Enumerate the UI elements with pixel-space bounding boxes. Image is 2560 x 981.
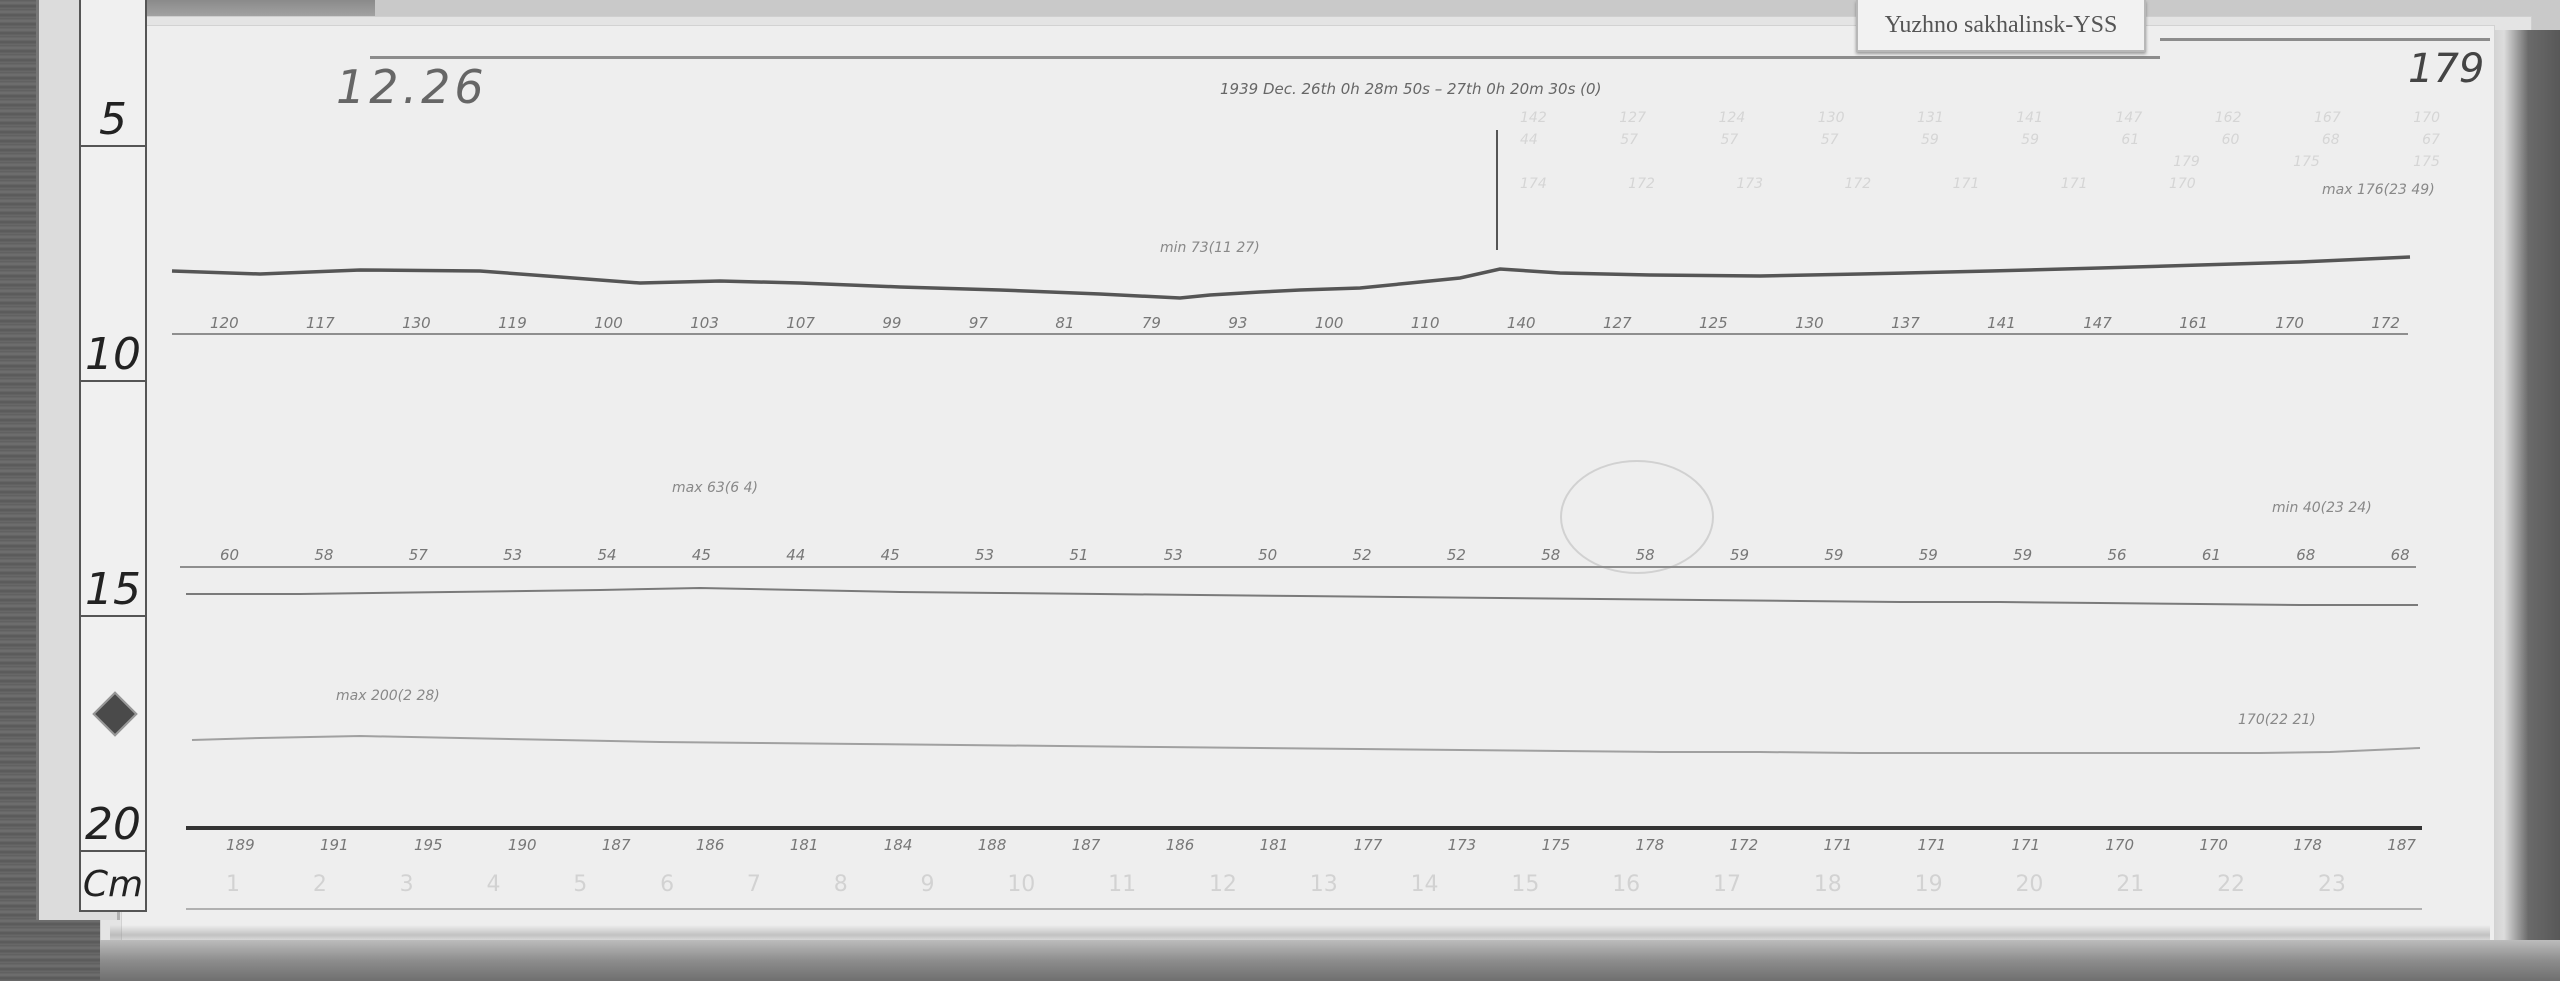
bottom-frame	[100, 940, 2560, 981]
trace-h-line	[186, 588, 2418, 605]
trace-z-line	[192, 736, 2420, 753]
magnetogram-traces	[0, 0, 2560, 981]
trace-d-line	[172, 257, 2410, 298]
